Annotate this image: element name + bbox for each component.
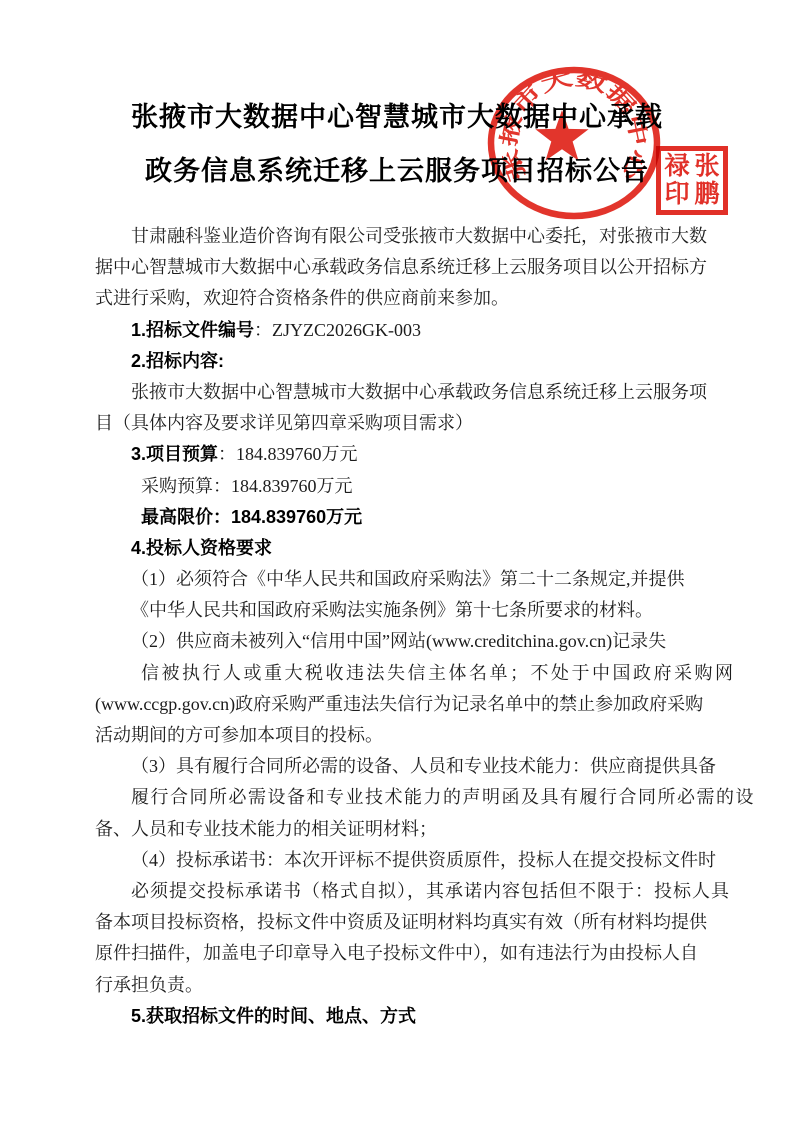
doc-line-23: 备本项目投标资格，投标文件中资质及证明材料均真实有效（所有材料均提供 bbox=[95, 907, 721, 938]
doc-line-22: 必须提交投标承诺书（格式自拟），其承诺内容包括但不限于：投标人具 bbox=[95, 876, 721, 907]
doc-line-7: 目（具体内容及要求详见第四章采购项目需求） bbox=[95, 408, 721, 439]
doc-line-12: （1）必须符合《中华人民共和国政府采购法》第二十二条规定,并提供 bbox=[95, 564, 721, 595]
doc-text-bold: 3.项目预算 bbox=[131, 444, 218, 464]
doc-text-bold: 4.投标人资格要求 bbox=[131, 538, 272, 558]
doc-line-4: 1.招标文件编号：ZJYZC2026GK-003 bbox=[95, 315, 721, 346]
doc-line-10: 最高限价：184.839760万元 bbox=[95, 502, 721, 533]
doc-text: （3）具有履行合同所必需的设备、人员和专业技术能力：供应商提供具备 bbox=[131, 756, 716, 776]
doc-line-17: 活动期间的方可参加本项目的投标。 bbox=[95, 720, 721, 751]
doc-line-19: 履行合同所必需设备和专业技术能力的声明函及具有履行合同所必需的设 bbox=[95, 782, 721, 813]
doc-text: 履行合同所必需设备和专业技术能力的声明函及具有履行合同所必需的设 bbox=[131, 787, 755, 807]
doc-text: 据中心智慧城市大数据中心承载政务信息系统迁移上云服务项目以公开招标方 bbox=[95, 257, 707, 277]
doc-line-21: （4）投标承诺书：本次开评标不提供资质原件，投标人在提交投标文件时 bbox=[95, 845, 721, 876]
doc-line-9: 采购预算：184.839760万元 bbox=[95, 471, 721, 502]
doc-text: 备本项目投标资格，投标文件中资质及证明材料均真实有效（所有材料均提供 bbox=[95, 912, 707, 932]
doc-text: 信被执行人或重大税收违法失信主体名单；不处于中国政府采购网 bbox=[141, 663, 736, 683]
doc-line-13: 《中华人民共和国政府采购法实施条例》第十七条所要求的材料。 bbox=[95, 595, 721, 626]
doc-line-26: 5.获取招标文件的时间、地点、方式 bbox=[95, 1001, 721, 1032]
seal-arc-text: 张掖市大数据中心 bbox=[496, 66, 651, 185]
doc-text: 式进行采购，欢迎符合资格条件的供应商前来参加。 bbox=[95, 288, 509, 308]
document-title-line1: 张掖市大数据中心智慧城市大数据中心承载 bbox=[0, 90, 794, 144]
doc-text: 《中华人民共和国政府采购法实施条例》第十七条所要求的材料。 bbox=[131, 600, 653, 620]
doc-line-25: 行承担负责。 bbox=[95, 970, 721, 1001]
doc-line-14: （2）供应商未被列入“信用中国”网站(www.creditchina.gov.c… bbox=[95, 626, 721, 657]
doc-text-bold: 5.获取招标文件的时间、地点、方式 bbox=[131, 1006, 416, 1026]
doc-text: (www.ccgp.gov.cn)政府采购严重违法失信行为记录名单中的禁止参加政… bbox=[95, 694, 703, 714]
doc-text: 原件扫描件，加盖电子印章导入电子投标文件中），如有违法行为由投标人自 bbox=[95, 943, 698, 963]
document-page: 张掖市大数据中心智慧城市大数据中心承载 政务信息系统迁移上云服务项目招标公告 甘… bbox=[0, 0, 794, 1123]
doc-text: （4）投标承诺书：本次开评标不提供资质原件，投标人在提交投标文件时 bbox=[131, 850, 716, 870]
doc-line-20: 备、人员和专业技术能力的相关证明材料； bbox=[95, 814, 721, 845]
doc-text: 必须提交投标承诺书（格式自拟），其承诺内容包括但不限于：投标人具 bbox=[131, 881, 730, 901]
doc-text: 甘肃融科鉴业造价咨询有限公司受张掖市大数据中心委托，对张掖市大数 bbox=[131, 226, 707, 246]
doc-text: 采购预算：184.839760万元 bbox=[141, 476, 353, 496]
doc-text: ：ZJYZC2026GK-003 bbox=[254, 320, 421, 340]
document-body: 甘肃融科鉴业造价咨询有限公司受张掖市大数据中心委托，对张掖市大数据中心智慧城市大… bbox=[95, 221, 721, 1032]
doc-text-bold: 2.招标内容: bbox=[131, 351, 224, 371]
doc-line-2: 据中心智慧城市大数据中心承载政务信息系统迁移上云服务项目以公开招标方 bbox=[95, 252, 721, 283]
doc-line-15: 信被执行人或重大税收违法失信主体名单；不处于中国政府采购网 bbox=[95, 658, 721, 689]
doc-text: ：184.839760万元 bbox=[218, 444, 358, 464]
doc-line-18: （3）具有履行合同所必需的设备、人员和专业技术能力：供应商提供具备 bbox=[95, 751, 721, 782]
svg-text:张掖市大数据中心: 张掖市大数据中心 bbox=[496, 66, 651, 185]
square-name-seal: 禄 张 印 鹏 bbox=[656, 146, 728, 215]
doc-line-8: 3.项目预算：184.839760万元 bbox=[95, 439, 721, 470]
star-icon bbox=[535, 110, 588, 161]
doc-text: 行承担负责。 bbox=[95, 975, 203, 995]
doc-text-bold: 1.招标文件编号 bbox=[131, 320, 254, 340]
doc-text: （1）必须符合《中华人民共和国政府采购法》第二十二条规定,并提供 bbox=[131, 569, 685, 589]
doc-text: 目（具体内容及要求详见第四章采购项目需求） bbox=[95, 413, 473, 433]
doc-line-24: 原件扫描件，加盖电子印章导入电子投标文件中），如有违法行为由投标人自 bbox=[95, 938, 721, 969]
round-official-seal: 张掖市大数据中心 bbox=[486, 64, 662, 224]
doc-line-16: (www.ccgp.gov.cn)政府采购严重违法失信行为记录名单中的禁止参加政… bbox=[95, 689, 721, 720]
doc-line-5: 2.招标内容: bbox=[95, 346, 721, 377]
doc-line-3: 式进行采购，欢迎符合资格条件的供应商前来参加。 bbox=[95, 283, 721, 314]
seal-char-top-left: 禄 bbox=[662, 152, 692, 181]
doc-line-1: 甘肃融科鉴业造价咨询有限公司受张掖市大数据中心委托，对张掖市大数 bbox=[95, 221, 721, 252]
seal-char-bottom-right: 鹏 bbox=[692, 181, 722, 210]
doc-text: 张掖市大数据中心智慧城市大数据中心承载政务信息系统迁移上云服务项 bbox=[131, 382, 707, 402]
doc-text-bold: 最高限价：184.839760万元 bbox=[141, 507, 362, 527]
seal-char-top-right: 张 bbox=[692, 152, 722, 181]
doc-line-6: 张掖市大数据中心智慧城市大数据中心承载政务信息系统迁移上云服务项 bbox=[95, 377, 721, 408]
seal-char-bottom-left: 印 bbox=[662, 181, 692, 210]
doc-line-11: 4.投标人资格要求 bbox=[95, 533, 721, 564]
doc-text: （2）供应商未被列入“信用中国”网站(www.creditchina.gov.c… bbox=[131, 631, 666, 651]
doc-text: 活动期间的方可参加本项目的投标。 bbox=[95, 725, 383, 745]
doc-text: 备、人员和专业技术能力的相关证明材料； bbox=[95, 819, 437, 839]
